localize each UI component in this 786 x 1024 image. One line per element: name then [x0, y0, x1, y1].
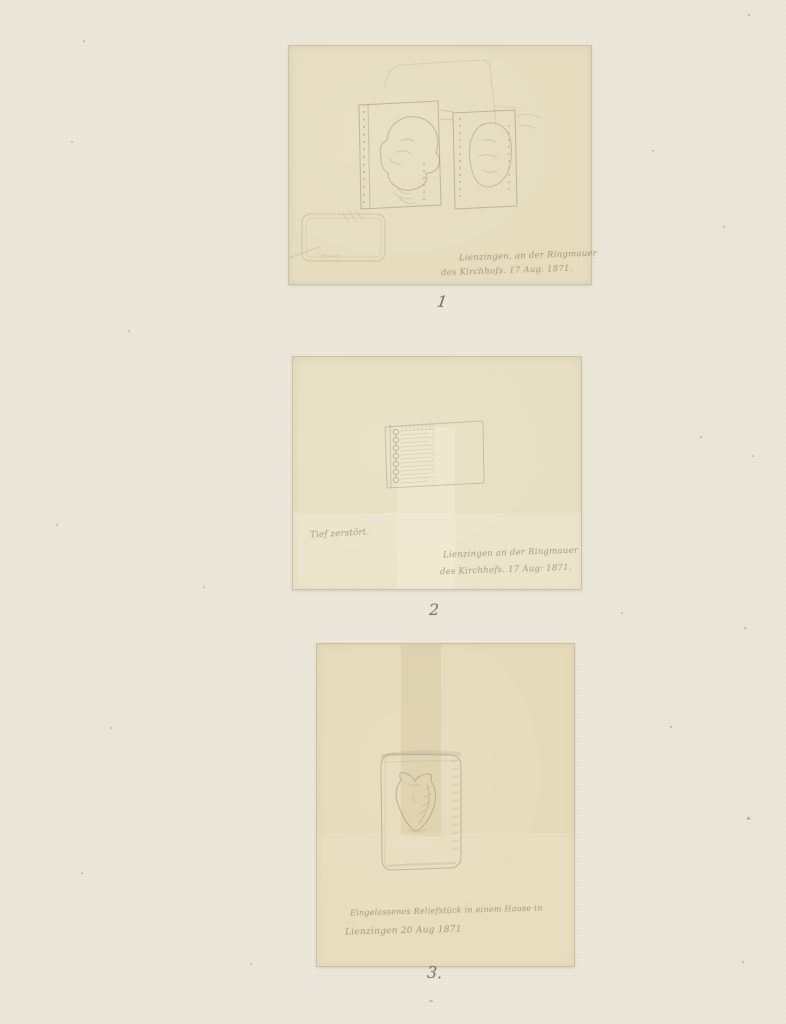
foxing-speck — [110, 727, 112, 729]
mounted-drawing-3: Eingelassenes Reliefstück in einem Hause… — [316, 643, 575, 967]
foxing-speck — [429, 1000, 433, 1002]
foxing-speck — [752, 455, 754, 457]
foxing-speck — [742, 961, 744, 963]
foxing-speck — [652, 150, 654, 152]
foxing-speck — [744, 627, 746, 629]
foxing-speck — [56, 524, 58, 526]
figure-number-1: 1 — [436, 291, 449, 311]
figure-number-2: 2 — [429, 600, 439, 619]
foxing-speck — [71, 141, 73, 143]
figure-number-3: 3. — [427, 963, 443, 983]
foxing-speck — [203, 586, 205, 588]
foxing-speck — [670, 726, 672, 728]
foxing-speck — [747, 817, 750, 820]
foxing-speck — [748, 14, 750, 16]
mounted-drawing-2: Tief zerstört. Lienzingen an der Ringmau… — [292, 356, 582, 590]
foxing-speck — [250, 963, 252, 965]
foxing-speck — [83, 40, 85, 42]
foxing-speck — [81, 872, 83, 874]
album-page: Lienzingen, an der Ringmauer des Kirchho… — [0, 0, 786, 1024]
mounted-drawing-1: Lienzingen, an der Ringmauer des Kirchho… — [288, 45, 592, 285]
foxing-speck — [723, 226, 725, 228]
sketch-1-two-carved-heads-drawing — [289, 46, 591, 284]
foxing-speck — [621, 612, 623, 614]
foxing-speck — [128, 330, 130, 332]
sketch-3-animal-head-relief-drawing — [317, 644, 574, 966]
foxing-speck — [700, 436, 702, 438]
